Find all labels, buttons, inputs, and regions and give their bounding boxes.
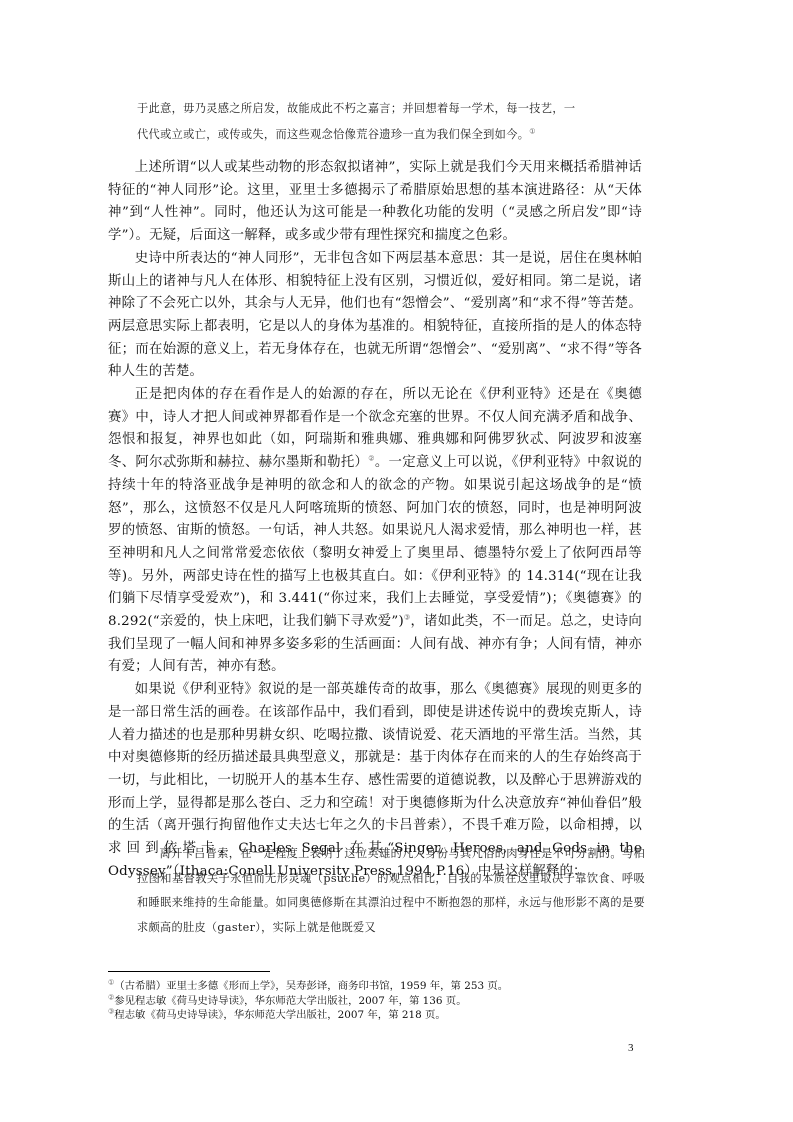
footnote-item: ①（古希腊）亚里士多德《形而上学》，吴寿彭译，商务印书馆，1959 年，第 25… — [108, 979, 628, 994]
paragraph: 史诗中所表达的“神人同形”，无非包含如下两层基本意思：其一是说，居住在奥林帕斯山… — [108, 248, 642, 384]
body-text: 上述所谓“以人或某些动物的形态叙拟诸神”，实际上就是我们今天用来概括希腊神话特征… — [108, 157, 642, 884]
quote-paragraph: 离开卡吕普索，在一定程度上表明了这位英雄的凡人身份与其凡俗的肉身性是不可分割的。… — [137, 842, 645, 940]
top-block-quote: 于此意，毋乃灵感之所启发，故能成此不朽之嘉言；并回想着每一学术，每一技艺，一 代… — [137, 96, 657, 148]
quote-line: 代代或立或亡，或传或失，而这些观念恰像荒谷遗珍一直为我们保全到如今。① — [137, 122, 657, 148]
footnote-text: 程志敏《荷马史诗导读》，华东师范大学出版社，2007 年，第 218 页。 — [114, 1009, 446, 1021]
footnote-item: ③程志敏《荷马史诗导读》，华东师范大学出版社，2007 年，第 218 页。 — [108, 1008, 628, 1023]
footnote-text: （古希腊）亚里士多德《形而上学》，吴寿彭译，商务印书馆，1959 年，第 253… — [114, 980, 508, 992]
quote-line: 于此意，毋乃灵感之所启发，故能成此不朽之嘉言；并回想着每一学术，每一技艺，一 — [137, 96, 657, 122]
footnote-text: 参见程志敏《荷马史诗导读》，华东师范大学出版社，2007 年，第 136 页。 — [114, 995, 466, 1007]
document-page: 于此意，毋乃灵感之所启发，故能成此不朽之嘉言；并回想着每一学术，每一技艺，一 代… — [0, 0, 793, 1122]
segal-block-quote: 离开卡吕普索，在一定程度上表明了这位英雄的凡人身份与其凡俗的肉身性是不可分割的。… — [137, 842, 645, 940]
paragraph-text: 。一定意义上可以说，《伊利亚特》中叙说的持续十年的特洛亚战争是神明的欲念和人的欲… — [108, 455, 642, 629]
footnote-divider — [108, 971, 270, 972]
footnote-item: ②参见程志敏《荷马史诗导读》，华东师范大学出版社，2007 年，第 136 页。 — [108, 994, 628, 1009]
footnotes: ①（古希腊）亚里士多德《形而上学》，吴寿彭译，商务印书馆，1959 年，第 25… — [108, 979, 628, 1023]
paragraph: 正是把肉体的存在看作是人的始源的存在，所以无论在《伊利亚特》还是在《奥德赛》中，… — [108, 384, 642, 679]
footnote-ref[interactable]: ① — [529, 127, 536, 135]
paragraph: 上述所谓“以人或某些动物的形态叙拟诸神”，实际上就是我们今天用来概括希腊神话特征… — [108, 157, 642, 248]
quote-line-text: 代代或立或亡，或传或失，而这些观念恰像荒谷遗珍一直为我们保全到如今。 — [137, 128, 529, 141]
footnote-ref[interactable]: ② — [368, 455, 375, 463]
page-number: 3 — [628, 1042, 634, 1054]
